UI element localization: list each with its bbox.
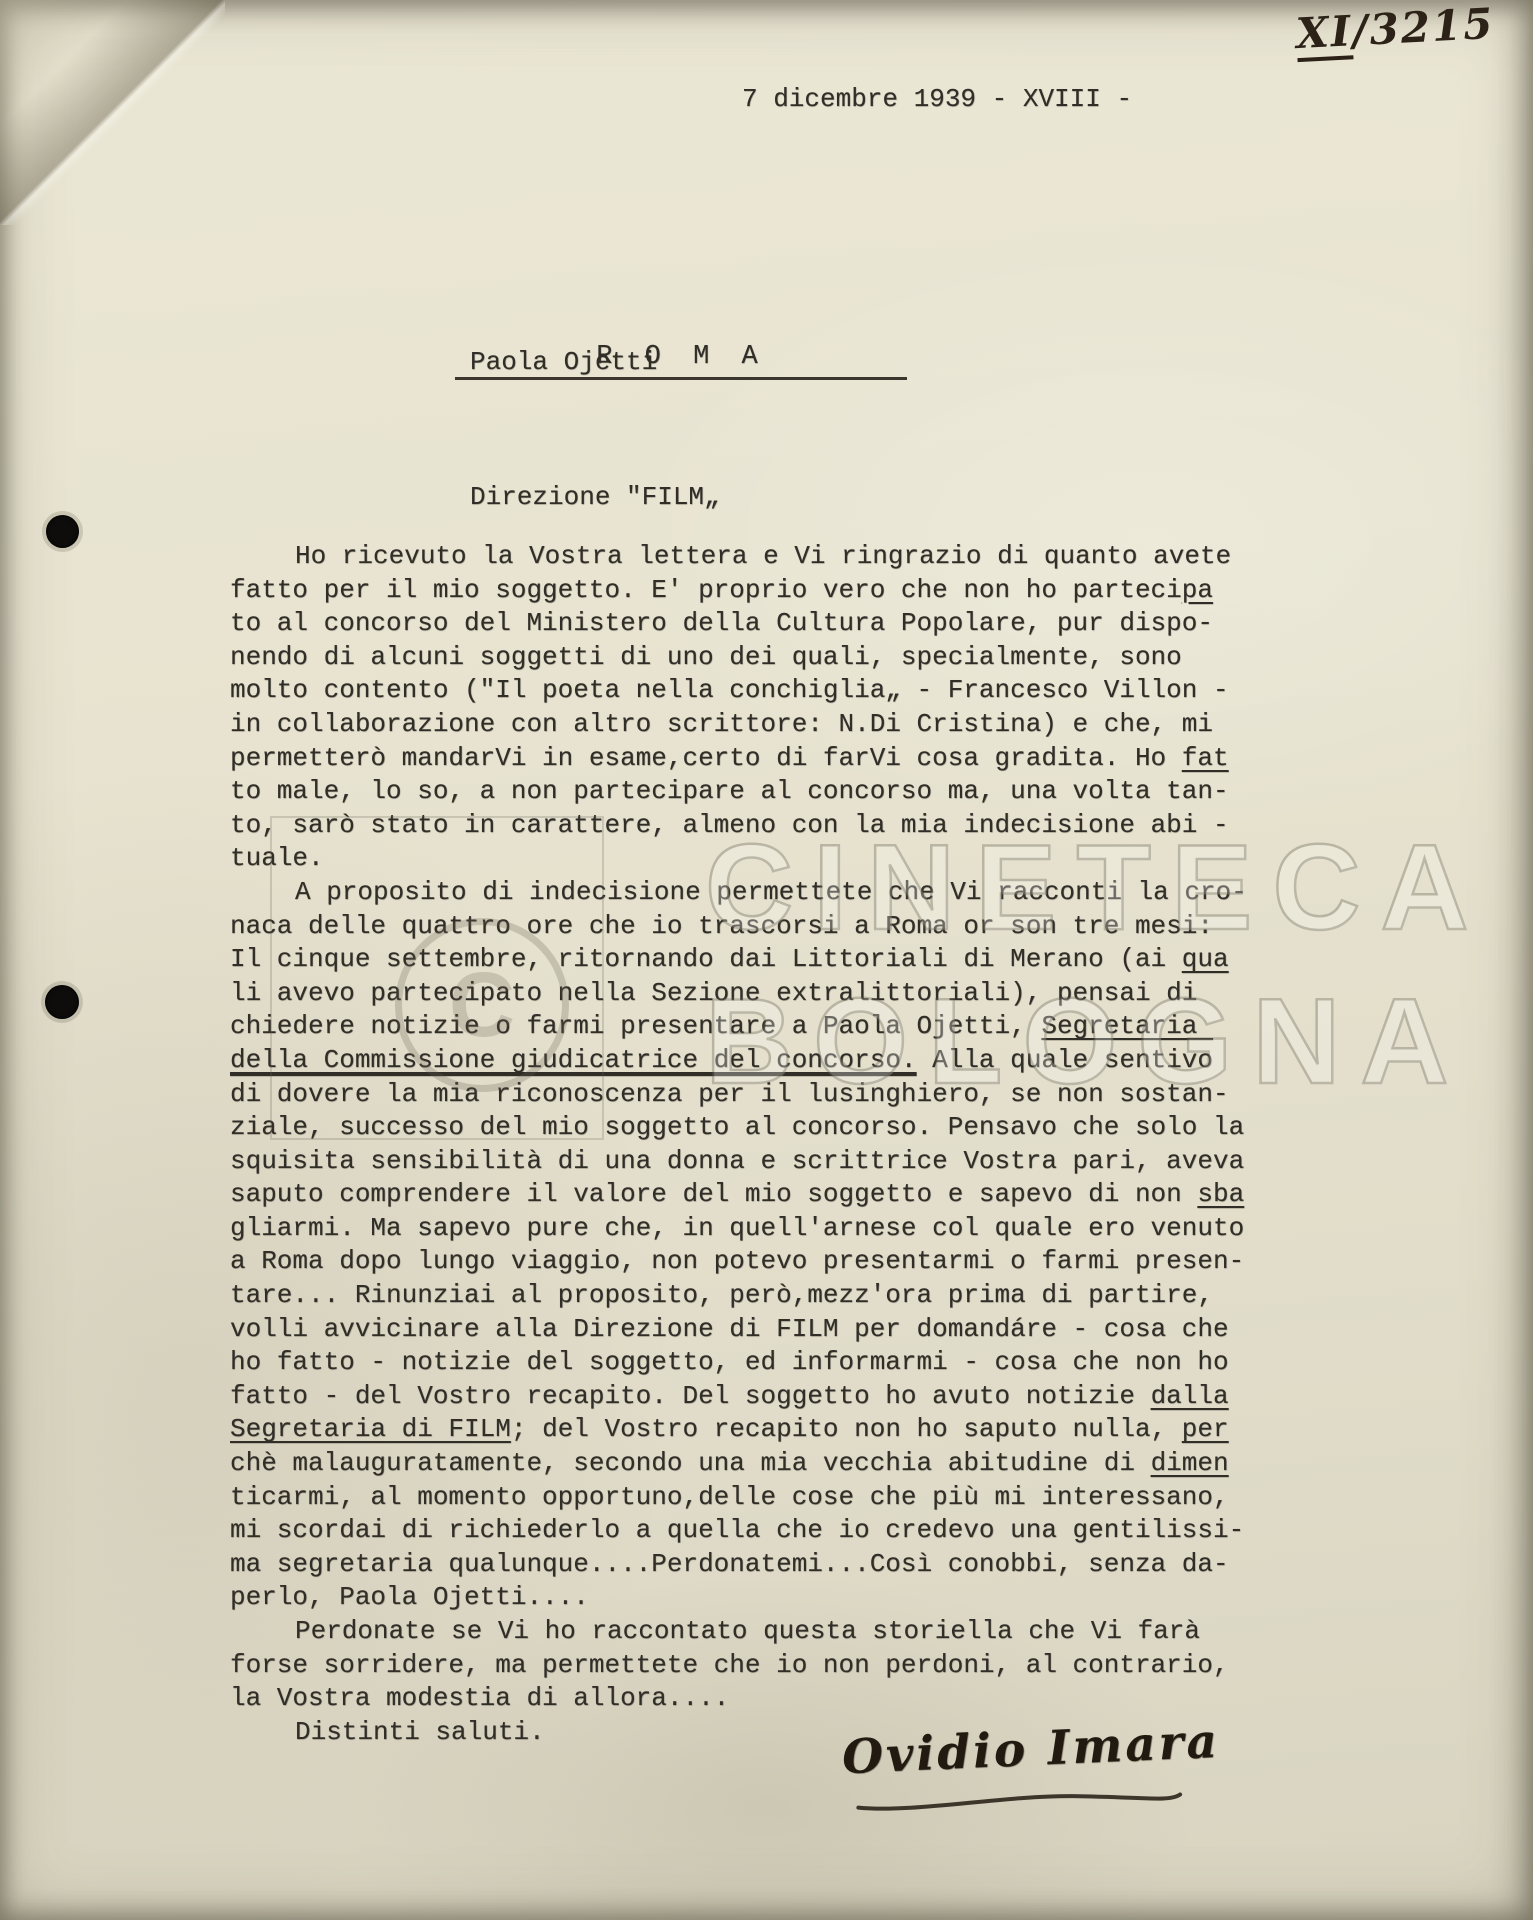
letter-line: molto contento ("Il poeta nella conchigl… xyxy=(230,674,1260,708)
letter-scan-page: XI/3215 7 dicembre 1939 - XVIII - Paola … xyxy=(0,0,1533,1920)
text-segment: saputo comprendere il valore del mio sog… xyxy=(230,1179,1197,1209)
letter-line: chiedere notizie o farmi presentare a Pa… xyxy=(230,1010,1260,1044)
letter-line: ziale, successo del mio soggetto al conc… xyxy=(230,1111,1260,1145)
text-segment: nendo di alcuni soggetti di uno dei qual… xyxy=(230,642,1182,672)
text-segment: to al concorso del Ministero della Cultu… xyxy=(230,608,1213,638)
underlined-text: sba xyxy=(1197,1179,1244,1209)
letter-line: perlo, Paola Ojetti.... xyxy=(230,1581,1260,1615)
text-segment: ho fatto - notizie del soggetto, ed info… xyxy=(230,1347,1229,1377)
text-segment: li avevo partecipato nella Sezione extra… xyxy=(230,978,1197,1008)
letter-line: in collaborazione con altro scrittore: N… xyxy=(230,708,1260,742)
letter-line: li avevo partecipato nella Sezione extra… xyxy=(230,977,1260,1011)
text-segment: la Vostra modestia di allora.... xyxy=(230,1683,729,1713)
text-segment: di dovere la mia riconoscenza per il lus… xyxy=(230,1079,1229,1109)
text-segment: A proposito di indecisione permettete ch… xyxy=(295,877,1247,907)
text-segment: Perdonate se Vi ho raccontato questa sto… xyxy=(295,1616,1200,1646)
underlined-text: dalla xyxy=(1151,1381,1229,1411)
text-segment: ziale, successo del mio soggetto al conc… xyxy=(230,1112,1244,1142)
text-segment: chiedere notizie o farmi presentare a Pa… xyxy=(230,1011,1041,1041)
letter-line: nendo di alcuni soggetti di uno dei qual… xyxy=(230,641,1260,675)
letter-line: Segretaria di FILM; del Vostro recapito … xyxy=(230,1413,1260,1447)
letter-body: Ho ricevuto la Vostra lettera e Vi ringr… xyxy=(230,540,1260,1749)
underlined-text: Segretaria xyxy=(1041,1011,1213,1041)
text-segment: Distinti saluti. xyxy=(295,1717,545,1747)
letter-line: chè malauguratamente, secondo una mia ve… xyxy=(230,1447,1260,1481)
letter-line: squisita sensibilità di una donna e scri… xyxy=(230,1145,1260,1179)
text-segment: to, sarò stato in carattere, almeno con … xyxy=(230,810,1229,840)
text-segment: in collaborazione con altro scrittore: N… xyxy=(230,709,1213,739)
text-segment: naca delle quattro ore che io trascorsi … xyxy=(230,911,1213,941)
underlined-text: Segretaria di FILM xyxy=(230,1414,511,1444)
letter-line: Il cinque settembre, ritornando dai Litt… xyxy=(230,943,1260,977)
text-segment: fatto per il mio soggetto. E' proprio ve… xyxy=(230,575,1182,605)
letter-line: to al concorso del Ministero della Cultu… xyxy=(230,607,1260,641)
paper-fold-crease xyxy=(0,0,225,225)
text-segment: mi scordai di richiederlo a quella che i… xyxy=(230,1515,1244,1545)
underlined-text: fat xyxy=(1182,743,1229,773)
text-segment: a Roma dopo lungo viaggio, non potevo pr… xyxy=(230,1246,1244,1276)
letter-line: fatto per il mio soggetto. E' proprio ve… xyxy=(230,574,1260,608)
text-segment: Ho ricevuto la Vostra lettera e Vi ringr… xyxy=(295,541,1231,571)
text-segment: Il cinque settembre, ritornando dai Litt… xyxy=(230,944,1182,974)
text-segment: to male, lo so, a non partecipare al con… xyxy=(230,776,1229,806)
text-segment: fatto - del Vostro recapito. Del soggett… xyxy=(230,1381,1151,1411)
underlined-text: pa xyxy=(1182,575,1213,605)
letter-line: fatto - del Vostro recapito. Del soggett… xyxy=(230,1380,1260,1414)
letter-line: gliarmi. Ma sapevo pure che, in quell'ar… xyxy=(230,1212,1260,1246)
recipient-city-underlined: R O M A xyxy=(455,342,907,380)
letter-line: la Vostra modestia di allora.... xyxy=(230,1682,1260,1716)
letter-line: della Commissione giudicatrice del conco… xyxy=(230,1044,1260,1078)
archive-annotation: XI/3215 xyxy=(1295,0,1496,58)
text-segment: volli avvicinare alla Direzione di FILM … xyxy=(230,1314,1229,1344)
letter-line: Perdonate se Vi ho raccontato questa sto… xyxy=(230,1615,1260,1649)
archive-annotation-number: /3215 xyxy=(1351,0,1496,55)
letter-line: mi scordai di richiederlo a quella che i… xyxy=(230,1514,1260,1548)
underlined-text: per xyxy=(1182,1414,1229,1444)
letter-line: ticarmi, al momento opportuno,delle cose… xyxy=(230,1481,1260,1515)
letter-line: ho fatto - notizie del soggetto, ed info… xyxy=(230,1346,1260,1380)
letter-line: naca delle quattro ore che io trascorsi … xyxy=(230,910,1260,944)
text-segment: ; del Vostro recapito non ho saputo null… xyxy=(511,1414,1182,1444)
letter-line: di dovere la mia riconoscenza per il lus… xyxy=(230,1078,1260,1112)
text-segment: tare... Rinunziai al proposito, però,mez… xyxy=(230,1280,1213,1310)
text-segment: perlo, Paola Ojetti.... xyxy=(230,1582,589,1612)
letter-line: to male, lo so, a non partecipare al con… xyxy=(230,775,1260,809)
text-segment: ticarmi, al momento opportuno,delle cose… xyxy=(230,1482,1229,1512)
letter-line: tare... Rinunziai al proposito, però,mez… xyxy=(230,1279,1260,1313)
text-segment: gliarmi. Ma sapevo pure che, in quell'ar… xyxy=(230,1213,1244,1243)
underlined-text: della Commissione giudicatrice del conco… xyxy=(230,1045,917,1075)
letter-line: volli avvicinare alla Direzione di FILM … xyxy=(230,1313,1260,1347)
punch-hole-top xyxy=(46,515,79,548)
underlined-text: qua xyxy=(1182,944,1229,974)
text-segment: squisita sensibilità di una donna e scri… xyxy=(230,1146,1244,1176)
punch-hole-bottom xyxy=(45,985,79,1019)
letter-line: permetterò mandarVi in esame,certo di fa… xyxy=(230,742,1260,776)
letter-line: A proposito di indecisione permettete ch… xyxy=(230,876,1260,910)
archive-annotation-roman: XI xyxy=(1295,6,1354,62)
recipient-organization: Direzione "FILM„ xyxy=(470,475,720,520)
letter-line: saputo comprendere il valore del mio sog… xyxy=(230,1178,1260,1212)
date-line: 7 dicembre 1939 - XVIII - xyxy=(742,84,1132,114)
text-segment: permetterò mandarVi in esame,certo di fa… xyxy=(230,743,1182,773)
text-segment: chè malauguratamente, secondo una mia ve… xyxy=(230,1448,1151,1478)
letter-line: a Roma dopo lungo viaggio, non potevo pr… xyxy=(230,1245,1260,1279)
letter-line: to, sarò stato in carattere, almeno con … xyxy=(230,809,1260,843)
text-segment: tuale. xyxy=(230,843,324,873)
text-segment: Alla quale sentivo xyxy=(917,1045,1213,1075)
text-segment: forse sorridere, ma permettete che io no… xyxy=(230,1650,1229,1680)
letter-line: forse sorridere, ma permettete che io no… xyxy=(230,1649,1260,1683)
letter-line: ma segretaria qualunque....Perdonatemi..… xyxy=(230,1548,1260,1582)
letter-line: Ho ricevuto la Vostra lettera e Vi ringr… xyxy=(230,540,1260,574)
text-segment: ma segretaria qualunque....Perdonatemi..… xyxy=(230,1549,1229,1579)
underlined-text: dimen xyxy=(1151,1448,1229,1478)
letter-line: tuale. xyxy=(230,842,1260,876)
text-segment: molto contento ("Il poeta nella conchigl… xyxy=(230,675,1229,705)
